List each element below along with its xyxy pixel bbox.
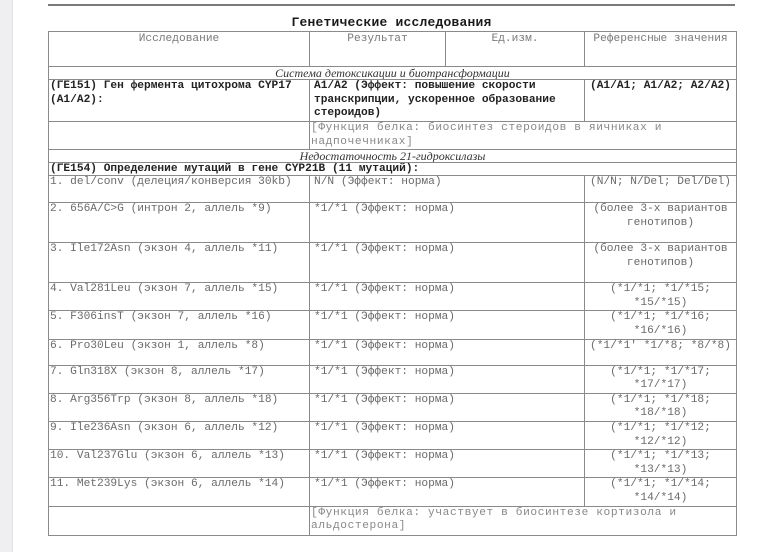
mutation-reference: (*1/*1; *1/*14; *14/*14) — [585, 478, 737, 506]
table-header-row: Исследование Результат Ед.изм. Референсн… — [49, 32, 737, 67]
function-note-row: [Функция белка: участвует в биосинтезе к… — [49, 506, 737, 535]
mutation-result: N/N (Эффект: норма) — [310, 176, 585, 203]
section-header: Недостаточность 21-гидроксилазы — [49, 150, 737, 163]
mutation-result: *1/*1 (Эффект: норма) — [310, 393, 585, 421]
mutation-result: *1/*1 (Эффект: норма) — [310, 450, 585, 478]
table-row: 2. 656A/C>G (интрон 2, аллель *9)*1/*1 (… — [49, 203, 737, 243]
mutation-result: *1/*1 (Эффект: норма) — [310, 478, 585, 506]
mutation-name: 6. Pro30Leu (экзон 1, аллель *8) — [49, 339, 310, 365]
column-header-test: Исследование — [49, 32, 310, 67]
mutation-name: 11. Met239Lys (экзон 6, аллель *14) — [49, 478, 310, 506]
function-note-row: [Функция белка: биосинтез стероидов в яи… — [49, 122, 737, 150]
mutation-name: 2. 656A/C>G (интрон 2, аллель *9) — [49, 203, 310, 243]
mutation-result: *1/*1 (Эффект: норма) — [310, 311, 585, 339]
column-header-reference: Референсные значения — [585, 32, 737, 67]
mutation-reference: (*1/*1' *1/*8; *8/*8) — [585, 339, 737, 365]
function-note: [Функция белка: участвует в биосинтезе к… — [310, 506, 737, 535]
test-reference: (A1/A1; A1/A2; A2/A2) — [585, 80, 737, 122]
mutation-result: *1/*1 (Эффект: норма) — [310, 339, 585, 365]
mutation-name: 3. Ile172Asn (экзон 4, аллель *11) — [49, 243, 310, 283]
column-header-unit: Ед.изм. — [446, 32, 585, 67]
mutation-reference: (*1/*1; *1/*15; *15/*15) — [585, 283, 737, 311]
gene-header-row: (ГЕ154) Определение мутаций в гене CYP21… — [49, 163, 737, 176]
mutation-reference: (более 3-х вариантов генотипов) — [585, 243, 737, 283]
page-top-rule — [48, 0, 735, 6]
table-row: 9. Ile236Asn (экзон 6, аллель *12)*1/*1 … — [49, 421, 737, 449]
mutation-name: 9. Ile236Asn (экзон 6, аллель *12) — [49, 421, 310, 449]
mutation-reference: (*1/*1; *1/*18; *18/*18) — [585, 393, 737, 421]
genetic-results-table: Исследование Результат Ед.изм. Референсн… — [48, 31, 737, 536]
mutation-result: *1/*1 (Эффект: норма) — [310, 421, 585, 449]
mutation-result: *1/*1 (Эффект: норма) — [310, 283, 585, 311]
mutation-name: 5. F306insT (экзон 7, аллель *16) — [49, 311, 310, 339]
mutation-name: 8. Arg356Trp (экзон 8, аллель *18) — [49, 393, 310, 421]
table-row: 8. Arg356Trp (экзон 8, аллель *18)*1/*1 … — [49, 393, 737, 421]
viewer-left-margin — [0, 0, 13, 552]
mutation-result: *1/*1 (Эффект: норма) — [310, 243, 585, 283]
table-row: 5. F306insT (экзон 7, аллель *16)*1/*1 (… — [49, 311, 737, 339]
table-row: 4. Val281Leu (экзон 7, аллель *15)*1/*1 … — [49, 283, 737, 311]
function-note: [Функция белка: биосинтез стероидов в яи… — [310, 122, 737, 150]
mutation-result: *1/*1 (Эффект: норма) — [310, 203, 585, 243]
mutation-reference: (более 3-х вариантов генотипов) — [585, 203, 737, 243]
column-header-result: Результат — [310, 32, 446, 67]
mutation-reference: (*1/*1; *1/*13; *13/*13) — [585, 450, 737, 478]
test-result: A1/A2 (Эффект: повышение скорости транск… — [310, 80, 585, 122]
gene-header: (ГЕ154) Определение мутаций в гене CYP21… — [49, 163, 737, 176]
mutation-name: 7. Gln318X (экзон 8, аллель *17) — [49, 365, 310, 393]
mutation-result: *1/*1 (Эффект: норма) — [310, 365, 585, 393]
table-row: (ГЕ151) Ген фермента цитохрома CYP17 (A1… — [49, 80, 737, 122]
section-title: Недостаточность 21-гидроксилазы — [49, 150, 737, 163]
table-row: 11. Met239Lys (экзон 6, аллель *14)*1/*1… — [49, 478, 737, 506]
table-row: 10. Val237Glu (экзон 6, аллель *13)*1/*1… — [49, 450, 737, 478]
mutation-reference: (*1/*1; *1/*16; *16/*16) — [585, 311, 737, 339]
mutation-reference: (*1/*1; *1/*12; *12/*12) — [585, 421, 737, 449]
mutation-reference: (*1/*1; *1/*17; *17/*17) — [585, 365, 737, 393]
mutation-name: 4. Val281Leu (экзон 7, аллель *15) — [49, 283, 310, 311]
mutation-name: 10. Val237Glu (экзон 6, аллель *13) — [49, 450, 310, 478]
section-title: Система детоксикации и биотрансформации — [49, 67, 737, 80]
mutation-reference: (N/N; N/Del; Del/Del) — [585, 176, 737, 203]
table-row: 7. Gln318X (экзон 8, аллель *17)*1/*1 (Э… — [49, 365, 737, 393]
section-header: Система детоксикации и биотрансформации — [49, 67, 737, 80]
table-row: 3. Ile172Asn (экзон 4, аллель *11)*1/*1 … — [49, 243, 737, 283]
document-title: Генетические исследования — [48, 15, 735, 30]
table-row: 6. Pro30Leu (экзон 1, аллель *8)*1/*1 (Э… — [49, 339, 737, 365]
mutation-name: 1. del/conv (делеция/конверсия 30kb) — [49, 176, 310, 203]
table-row: 1. del/conv (делеция/конверсия 30kb)N/N … — [49, 176, 737, 203]
test-name: (ГЕ151) Ген фермента цитохрома CYP17 (A1… — [49, 80, 310, 122]
